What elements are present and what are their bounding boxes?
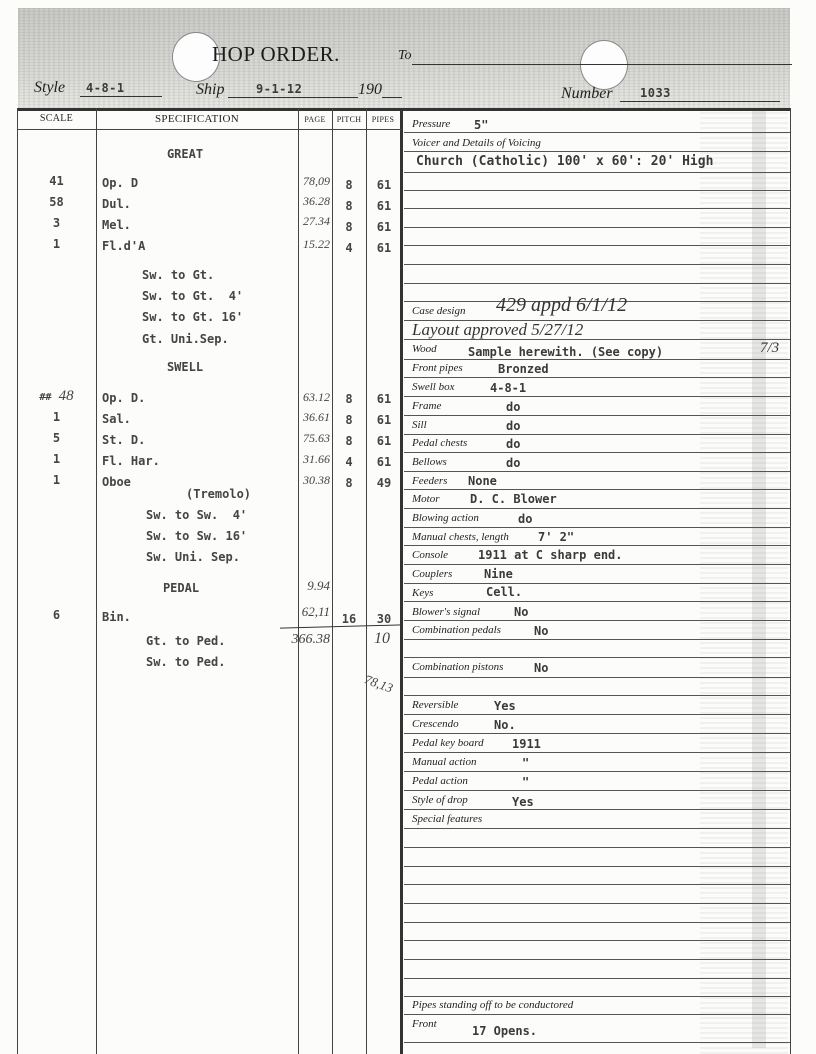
blowing-action-value: do [518,512,532,526]
scale-cell: 5 [17,431,96,445]
style-value: 4-8-1 [86,81,125,95]
front-pipes-value: Bronzed [498,362,549,376]
swell-box-value: 4-8-1 [490,381,526,395]
pipes-cell: 61 [366,434,402,448]
ship-value: 9-1-12 [256,82,302,96]
rule [404,809,790,810]
scale-cell: 6 [17,608,96,622]
pitch-cell: 8 [332,392,366,406]
pedal-action-value: " [522,775,529,789]
section-great: GREAT [100,147,270,161]
blowing-action-label: Blowing action [412,512,479,524]
scale-cell: 1 [17,473,96,487]
manual-chests-label: Manual chests, length [412,531,509,543]
to-label: To [398,48,412,64]
page-cell: 27.34 [286,214,330,229]
scan-noise [700,108,788,1054]
rule [404,714,790,715]
pedal-chests-value: do [506,437,520,451]
scale-cell: 1 [17,452,96,466]
voicer-value: Church (Catholic) 100' x 60': 20' High [416,154,713,169]
spec-cell: Oboe [102,475,131,489]
pipes-cell: 49 [366,476,402,490]
combination-pistons-value: No [534,661,548,675]
pipes-cell: 61 [366,178,402,192]
rule [404,208,790,209]
rule [404,1042,790,1043]
special-features-label: Special features [412,813,482,825]
page-cell: 31.66 [286,452,330,467]
rule [404,359,790,360]
scan-stripe [752,108,766,1048]
front-label: Front [412,1018,437,1030]
rule [404,545,790,546]
spec-cell: Fl.d'A [102,239,145,253]
case-design-value: 429 appd 6/1/12 [496,294,627,317]
rule [404,264,790,265]
motor-label: Motor [412,493,440,505]
pipes-cell: 61 [366,241,402,255]
swell-coupler: Sw. to Sw. 16' [146,529,247,543]
rule [404,940,790,941]
keys-value: Cell. [486,585,522,599]
rule [404,227,790,228]
rule [404,452,790,453]
rule [404,527,790,528]
rule [404,190,790,191]
pipes-cell: 61 [366,455,402,469]
number-value: 1033 [640,86,671,100]
page-cell: 36.61 [286,410,330,425]
front-pipes-label: Front pipes [412,362,463,374]
case-design-label: Case design [412,305,465,317]
console-label: Console [412,549,448,561]
pedal-key-board-value: 1911 [512,737,541,751]
section-pedal: PEDAL [96,581,266,595]
number-underline [620,101,780,102]
style-of-drop-value: Yes [512,795,534,809]
rule [404,903,790,904]
sill-label: Sill [412,419,427,431]
scale-cell: 41 [17,174,96,188]
style-of-drop-label: Style of drop [412,794,468,806]
voicer-label: Voicer and Details of Voicing [412,137,541,149]
rule [404,151,790,152]
page-cell: 36.28 [286,194,330,209]
pressure-value: 5" [474,118,488,132]
table-right-border [790,108,791,1054]
rule [404,245,790,246]
spec-cell: Bin. [102,610,131,624]
rule [404,564,790,565]
style-label: Style [34,79,65,97]
spec-cell: Op. D [102,176,138,190]
wood-note: 7/3 [760,340,779,357]
blowers-signal-label: Blower's signal [412,606,480,618]
pitch-cell: 16 [332,612,366,626]
pedal-action-label: Pedal action [412,775,468,787]
pressure-label: Pressure [412,118,450,130]
page-cell: 15.22 [286,237,330,252]
punch-hole-right [580,40,628,90]
rule [404,396,790,397]
pedal-coupler: Sw. to Ped. [146,655,225,669]
swell-coupler: (Tremolo) [186,487,251,501]
rule [404,339,790,340]
rule [404,847,790,848]
pitch-cell: 8 [332,434,366,448]
blowers-signal-value: No [514,605,528,619]
rule [404,620,790,621]
pitch-cell: 4 [332,241,366,255]
col-header-scale: SCALE [17,113,96,124]
rule [404,657,790,658]
rule [404,733,790,734]
rule [404,884,790,885]
struck-scale: ## [39,392,51,403]
couplers-value: Nine [484,567,513,581]
pitch-cell: 4 [332,455,366,469]
rule [404,828,790,829]
rule [404,771,790,772]
page-cell: 30.38 [286,473,330,488]
pedal-coupler: Gt. to Ped. [146,634,225,648]
rule [404,677,790,678]
spec-cell: Fl. Har. [102,454,160,468]
frame-value: do [506,400,520,414]
spec-cell: Sal. [102,412,131,426]
feeders-value: None [468,474,497,488]
handwritten-scale: 48 [59,388,74,404]
pitch-cell: 8 [332,199,366,213]
rule [404,508,790,509]
manual-chests-value: 7' 2" [538,530,574,544]
pipes-cell: 61 [366,413,402,427]
pipes-cell: 61 [366,392,402,406]
rule [404,752,790,753]
page-cell: 62,11 [286,604,330,620]
table-top-border [17,108,790,111]
pipes-cell: 61 [366,199,402,213]
scale-cell: 58 [17,195,96,209]
bellows-value: do [506,456,520,470]
rule [404,866,790,867]
rule [404,415,790,416]
spec-cell: Mel. [102,218,131,232]
form-title: HOP ORDER. [212,42,340,67]
reversible-label: Reversible [412,699,458,711]
wood-label: Wood [412,343,437,355]
ship-underline [228,97,358,98]
keys-label: Keys [412,587,433,599]
section-swell: SWELL [100,360,270,374]
rule [404,583,790,584]
rule [404,978,790,979]
year-underline [382,97,402,98]
swell-coupler: Sw. to Sw. 4' [146,508,247,522]
pipes-standing-label: Pipes standing off to be conductored [412,999,573,1011]
rule [404,996,790,997]
to-underline [412,64,792,65]
rule [404,489,790,490]
pitch-cell: 8 [332,413,366,427]
rule [404,434,790,435]
scale-cell: ## 48 [17,388,96,405]
swell-coupler: Sw. Uni. Sep. [146,550,240,564]
pedal-chests-label: Pedal chests [412,437,467,449]
combination-pistons-label: Combination pistons [412,661,503,673]
rule [404,959,790,960]
console-value: 1911 at C sharp end. [478,548,623,562]
rule [404,1014,790,1015]
ship-label: Ship [196,81,224,99]
swell-box-label: Swell box [412,381,454,393]
feeders-label: Feeders [412,475,447,487]
spec-cell: Op. D. [102,391,145,405]
pitch-cell: 8 [332,220,366,234]
pipes-cell: 61 [366,220,402,234]
spec-cell: St. D. [102,433,145,447]
pitch-cell: 8 [332,476,366,490]
crescendo-value: No. [494,718,516,732]
rule [404,132,790,133]
rule [404,639,790,640]
wood-value: Sample herewith. (See copy) [468,345,663,359]
rule [404,172,790,173]
manual-action-value: " [522,756,529,770]
great-coupler: Gt. Uni.Sep. [142,332,229,346]
spec-cell: Dul. [102,197,131,211]
scale-cell: 1 [17,410,96,424]
crescendo-label: Crescendo [412,718,459,730]
page-cell: 75.63 [286,431,330,446]
pipes-note: 10 [374,630,390,648]
pedal-key-board-label: Pedal key board [412,737,484,749]
rule [404,377,790,378]
great-coupler: Sw. to Gt. [142,268,214,282]
col-header-specification: SPECIFICATION [96,113,298,125]
rule [404,790,790,791]
rule [404,601,790,602]
style-underline [80,96,162,97]
reversible-value: Yes [494,699,516,713]
rule [404,283,790,284]
number-label: Number [561,85,613,103]
sill-value: do [506,419,520,433]
manual-action-label: Manual action [412,756,476,768]
page-cell: 63.12 [286,390,330,405]
pitch-cell: 8 [332,178,366,192]
motor-value: D. C. Blower [470,492,557,506]
combination-pedals-value: No [534,624,548,638]
combination-pedals-label: Combination pedals [412,624,501,636]
great-coupler: Sw. to Gt. 4' [142,289,243,303]
scale-cell: 3 [17,216,96,230]
pedal-page-note: 9.94 [286,578,330,594]
page-total: 366.38 [274,632,330,648]
frame-label: Frame [412,400,441,412]
page-cell: 78,09 [286,174,330,189]
year-prefix: 190 [358,81,382,99]
pipes-note-2: 78,13 [362,671,395,696]
col-header-pitch: PITCH [332,115,366,124]
great-coupler: Sw. to Gt. 16' [142,310,243,324]
col-header-pipes: PIPES [366,115,400,124]
couplers-label: Couplers [412,568,452,580]
col-header-page: PAGE [298,115,332,124]
bellows-label: Bellows [412,456,447,468]
rule [404,471,790,472]
layout-approved-note: Layout approved 5/27/12 [412,320,583,340]
rule [404,922,790,923]
front-value: 17 Opens. [472,1024,537,1038]
header-bottom-line [17,129,402,130]
rule [404,695,790,696]
scale-cell: 1 [17,237,96,251]
